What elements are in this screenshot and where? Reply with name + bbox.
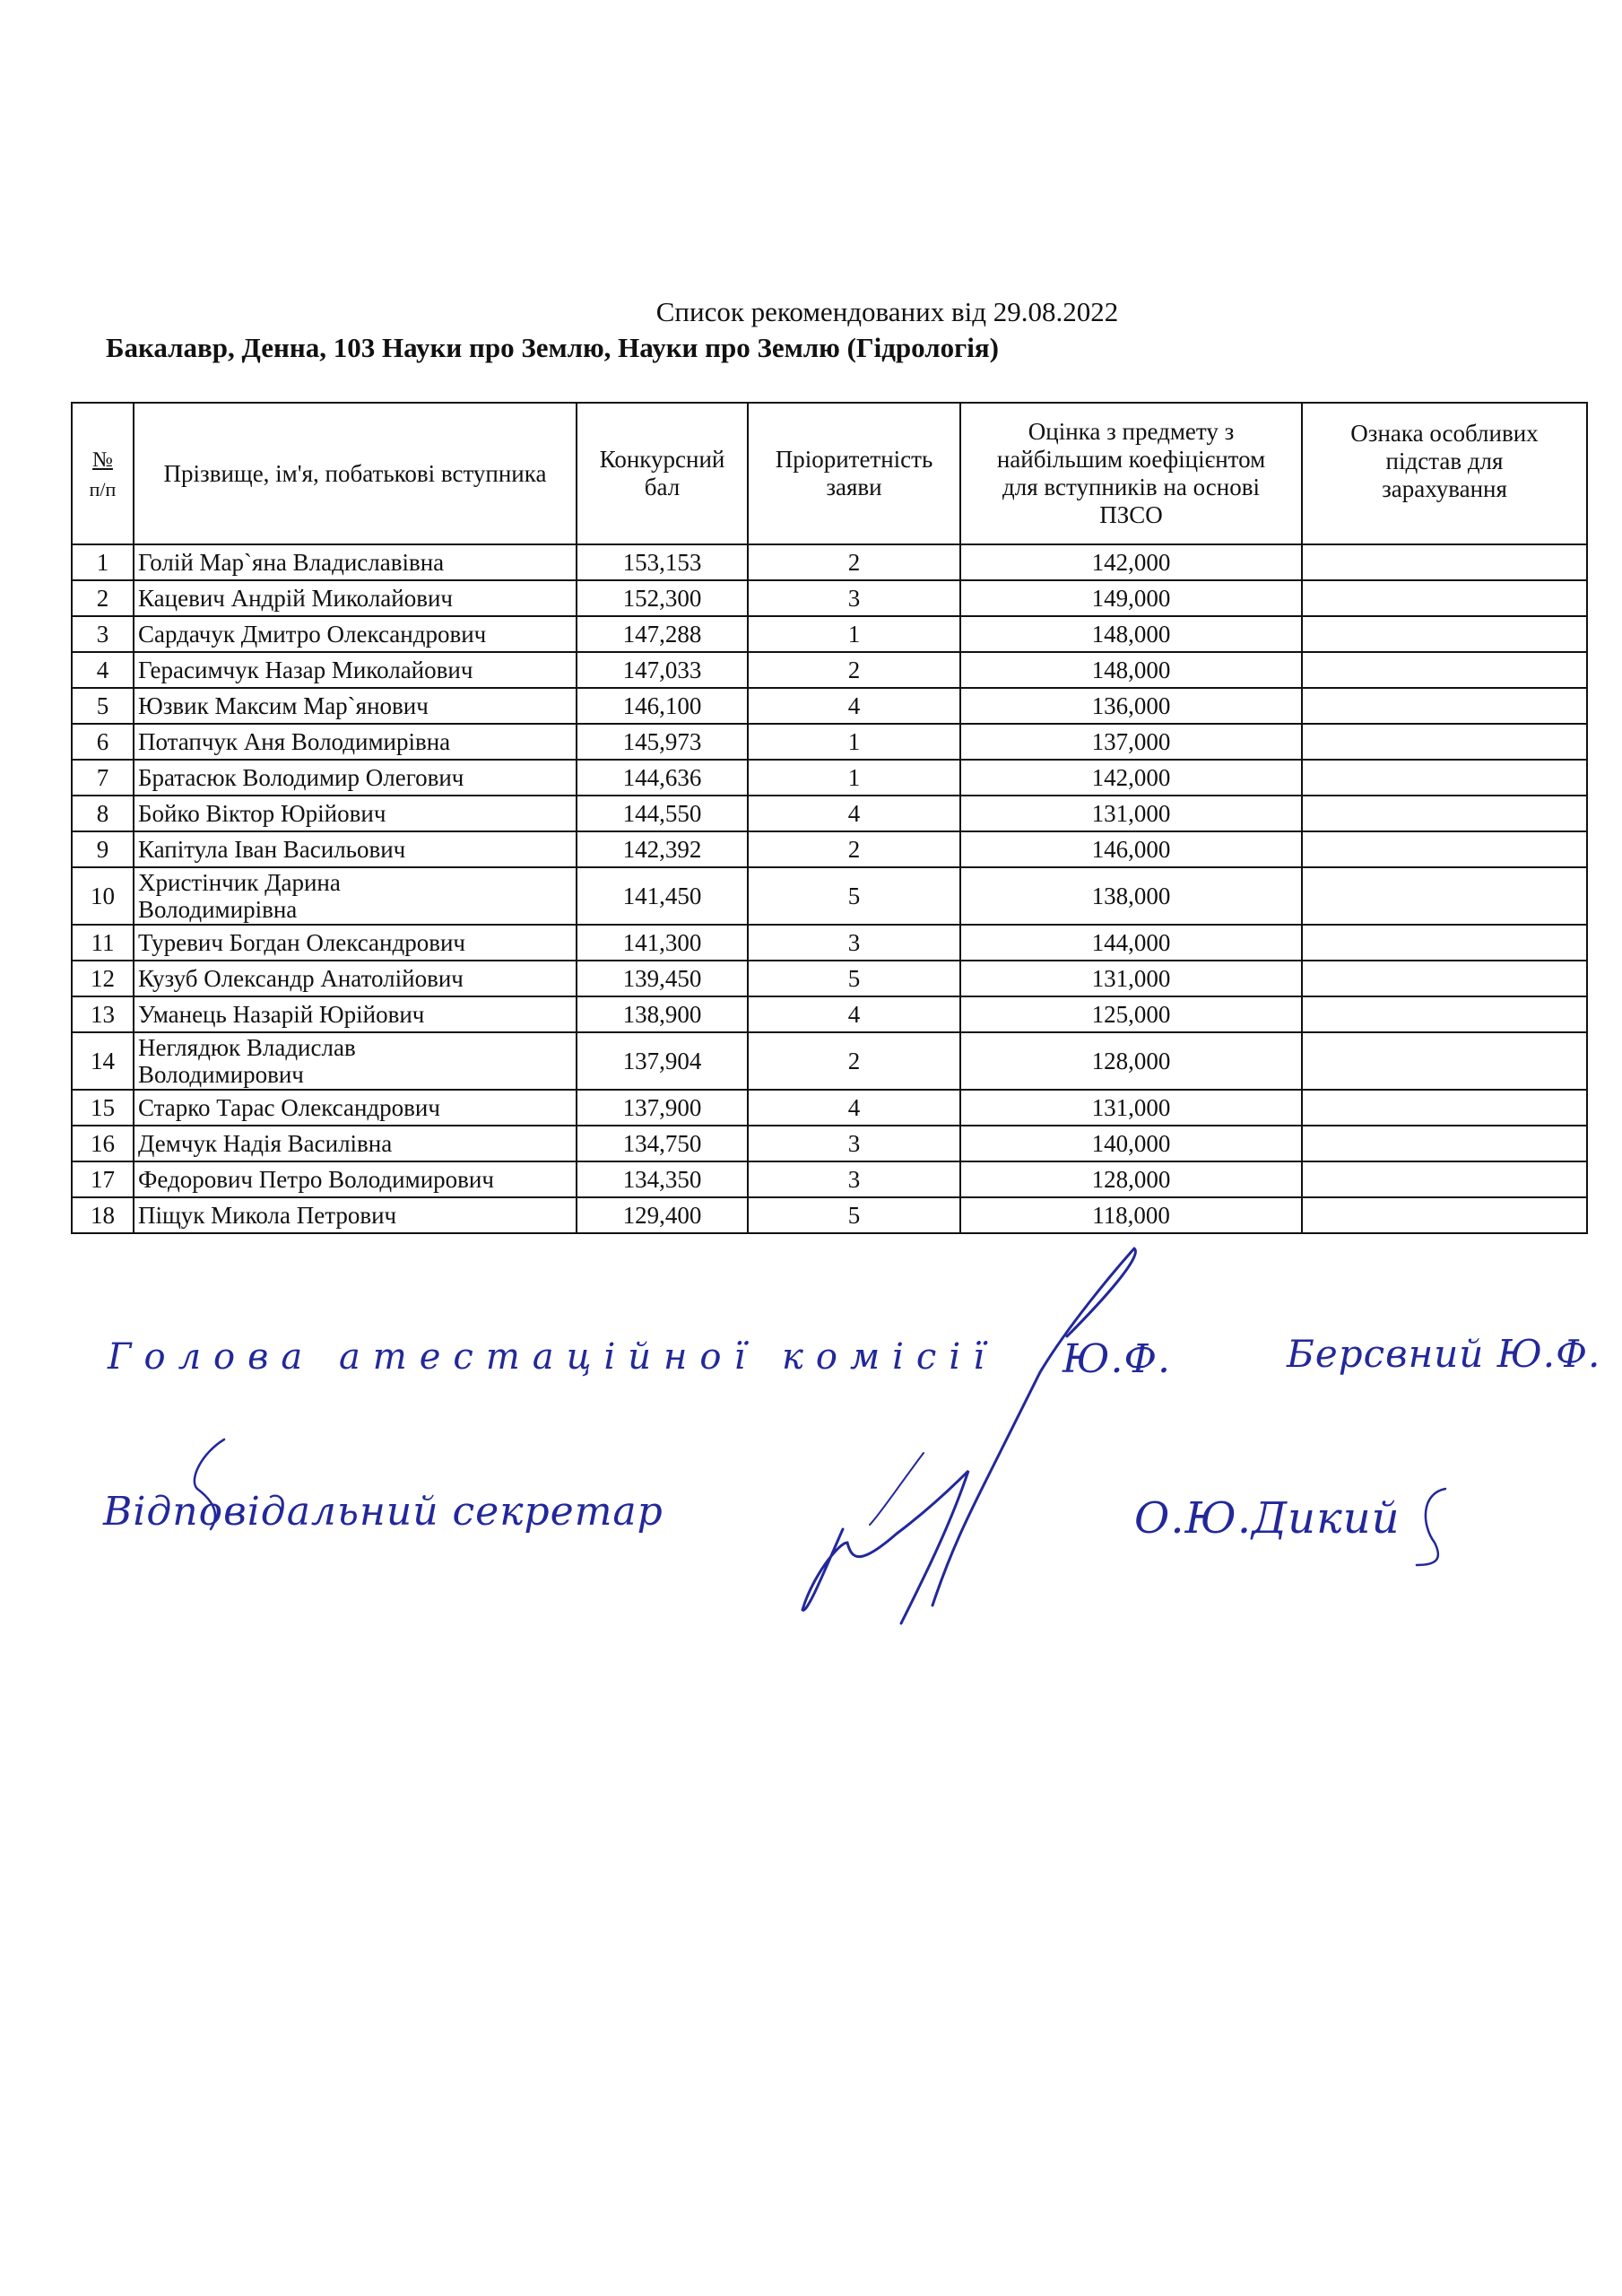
row-name: Братасюк Володимир Олегович bbox=[134, 760, 577, 796]
table-row: 14Неглядюк ВладиславВолодимирович137,904… bbox=[72, 1032, 1587, 1090]
table-row: 17Федорович Петро Володимирович134,35031… bbox=[72, 1161, 1587, 1197]
row-name: Сардачук Дмитро Олександрович bbox=[134, 616, 577, 652]
row-subject-score: 131,000 bbox=[960, 796, 1302, 831]
row-num: 13 bbox=[72, 996, 134, 1032]
row-num: 5 bbox=[72, 688, 134, 724]
row-score: 145,973 bbox=[577, 724, 748, 760]
row-priority: 2 bbox=[748, 652, 960, 688]
row-name: Піщук Микола Петрович bbox=[134, 1197, 577, 1233]
row-name: Капітула Іван Васильович bbox=[134, 831, 577, 867]
row-subject-score: 125,000 bbox=[960, 996, 1302, 1032]
row-special bbox=[1302, 1126, 1587, 1161]
header-subject-score: Оцінка з предмету з найбільшим коефіцієн… bbox=[960, 403, 1302, 544]
row-score: 134,750 bbox=[577, 1126, 748, 1161]
row-priority: 5 bbox=[748, 961, 960, 996]
chair-signature-icon bbox=[932, 1248, 1135, 1605]
table-row: 1Голій Мар`яна Владиславівна153,1532142,… bbox=[72, 544, 1587, 580]
row-score: 134,350 bbox=[577, 1161, 748, 1197]
row-num: 16 bbox=[72, 1126, 134, 1161]
row-special bbox=[1302, 867, 1587, 925]
table-row: 3Сардачук Дмитро Олександрович147,288114… bbox=[72, 616, 1587, 652]
row-name: Старко Тарас Олександрович bbox=[134, 1090, 577, 1126]
row-subject-score: 138,000 bbox=[960, 867, 1302, 925]
row-name: Кацевич Андрій Миколайович bbox=[134, 580, 577, 616]
row-special bbox=[1302, 796, 1587, 831]
table-row: 16Демчук Надія Василівна134,7503140,000 bbox=[72, 1126, 1587, 1161]
row-special bbox=[1302, 1032, 1587, 1090]
row-special bbox=[1302, 925, 1587, 961]
row-special bbox=[1302, 961, 1587, 996]
row-subject-score: 136,000 bbox=[960, 688, 1302, 724]
row-num: 2 bbox=[72, 580, 134, 616]
row-score: 138,900 bbox=[577, 996, 748, 1032]
row-subject-score: 148,000 bbox=[960, 616, 1302, 652]
row-score: 153,153 bbox=[577, 544, 748, 580]
row-name: Туревич Богдан Олександрович bbox=[134, 925, 577, 961]
row-priority: 2 bbox=[748, 831, 960, 867]
row-score: 142,392 bbox=[577, 831, 748, 867]
row-num: 3 bbox=[72, 616, 134, 652]
document-subtitle: Бакалавр, Денна, 103 Науки про Землю, На… bbox=[106, 332, 999, 364]
table-row: 7Братасюк Володимир Олегович144,6361142,… bbox=[72, 760, 1587, 796]
row-priority: 2 bbox=[748, 1032, 960, 1090]
row-subject-score: 148,000 bbox=[960, 652, 1302, 688]
row-score: 144,636 bbox=[577, 760, 748, 796]
row-subject-score: 149,000 bbox=[960, 580, 1302, 616]
header-name: Прізвище, ім'я, побатькові вступника bbox=[134, 403, 577, 544]
row-special bbox=[1302, 652, 1587, 688]
row-name: Неглядюк ВладиславВолодимирович bbox=[134, 1032, 577, 1090]
row-num: 12 bbox=[72, 961, 134, 996]
table-row: 15Старко Тарас Олександрович137,9004131,… bbox=[72, 1090, 1587, 1126]
chair-role-handwriting: Голова атестаційної комісії bbox=[108, 1336, 997, 1378]
table-row: 4Герасимчук Назар Миколайович147,0332148… bbox=[72, 652, 1587, 688]
row-priority: 1 bbox=[748, 616, 960, 652]
row-num: 18 bbox=[72, 1197, 134, 1233]
row-name: Бойко Віктор Юрійович bbox=[134, 796, 577, 831]
row-special bbox=[1302, 724, 1587, 760]
row-num: 15 bbox=[72, 1090, 134, 1126]
header-num-sub: п/п bbox=[90, 478, 117, 500]
row-score: 129,400 bbox=[577, 1197, 748, 1233]
row-num: 7 bbox=[72, 760, 134, 796]
row-subject-score: 140,000 bbox=[960, 1126, 1302, 1161]
header-priority: Пріоритетність заяви bbox=[748, 403, 960, 544]
secretary-signature-icon bbox=[802, 1471, 968, 1623]
row-special bbox=[1302, 580, 1587, 616]
row-name: Федорович Петро Володимирович bbox=[134, 1161, 577, 1197]
chair-name-handwriting: Берсвний Ю.Ф. bbox=[1287, 1332, 1600, 1376]
row-priority: 3 bbox=[748, 1161, 960, 1197]
row-priority: 3 bbox=[748, 925, 960, 961]
row-special bbox=[1302, 996, 1587, 1032]
row-score: 146,100 bbox=[577, 688, 748, 724]
row-subject-score: 118,000 bbox=[960, 1197, 1302, 1233]
row-score: 152,300 bbox=[577, 580, 748, 616]
row-num: 17 bbox=[72, 1161, 134, 1197]
row-subject-score: 142,000 bbox=[960, 544, 1302, 580]
row-special bbox=[1302, 544, 1587, 580]
row-score: 147,033 bbox=[577, 652, 748, 688]
row-priority: 5 bbox=[748, 1197, 960, 1233]
recommended-list-table: №п/п Прізвище, ім'я, побатькові вступник… bbox=[71, 402, 1588, 1234]
row-score: 137,900 bbox=[577, 1090, 748, 1126]
row-priority: 3 bbox=[748, 1126, 960, 1161]
table-header-row: №п/п Прізвище, ім'я, побатькові вступник… bbox=[72, 403, 1587, 544]
table-row: 10Христінчик ДаринаВолодимирівна141,4505… bbox=[72, 867, 1587, 925]
row-special bbox=[1302, 1161, 1587, 1197]
secretary-role-handwriting: Відповідальний секретар bbox=[103, 1489, 664, 1535]
row-subject-score: 146,000 bbox=[960, 831, 1302, 867]
row-subject-score: 131,000 bbox=[960, 1090, 1302, 1126]
row-priority: 1 bbox=[748, 724, 960, 760]
table-row: 11Туревич Богдан Олександрович141,300314… bbox=[72, 925, 1587, 961]
header-score: Конкурсний бал bbox=[577, 403, 748, 544]
row-name: Голій Мар`яна Владиславівна bbox=[134, 544, 577, 580]
table-row: 8Бойко Віктор Юрійович144,5504131,000 bbox=[72, 796, 1587, 831]
row-name: Христінчик ДаринаВолодимирівна bbox=[134, 867, 577, 925]
row-num: 9 bbox=[72, 831, 134, 867]
row-special bbox=[1302, 1090, 1587, 1126]
row-subject-score: 137,000 bbox=[960, 724, 1302, 760]
row-special bbox=[1302, 831, 1587, 867]
row-num: 8 bbox=[72, 796, 134, 831]
row-priority: 4 bbox=[748, 996, 960, 1032]
row-special bbox=[1302, 760, 1587, 796]
table-row: 18Піщук Микола Петрович129,4005118,000 bbox=[72, 1197, 1587, 1233]
row-special bbox=[1302, 688, 1587, 724]
table-row: 13Уманець Назарій Юрійович138,9004125,00… bbox=[72, 996, 1587, 1032]
row-score: 141,450 bbox=[577, 867, 748, 925]
row-subject-score: 144,000 bbox=[960, 925, 1302, 961]
row-score: 137,904 bbox=[577, 1032, 748, 1090]
row-priority: 3 bbox=[748, 580, 960, 616]
row-num: 4 bbox=[72, 652, 134, 688]
row-special bbox=[1302, 616, 1587, 652]
row-num: 14 bbox=[72, 1032, 134, 1090]
row-priority: 2 bbox=[748, 544, 960, 580]
row-name: Потапчук Аня Володимирівна bbox=[134, 724, 577, 760]
row-name: Герасимчук Назар Миколайович bbox=[134, 652, 577, 688]
table-body: 1Голій Мар`яна Владиславівна153,1532142,… bbox=[72, 544, 1587, 1233]
row-num: 1 bbox=[72, 544, 134, 580]
row-priority: 4 bbox=[748, 796, 960, 831]
row-subject-score: 128,000 bbox=[960, 1161, 1302, 1197]
table-row: 12Кузуб Олександр Анатолійович139,450513… bbox=[72, 961, 1587, 996]
row-name: Кузуб Олександр Анатолійович bbox=[134, 961, 577, 996]
row-priority: 4 bbox=[748, 688, 960, 724]
row-num: 11 bbox=[72, 925, 134, 961]
table-row: 2Кацевич Андрій Миколайович152,3003149,0… bbox=[72, 580, 1587, 616]
row-subject-score: 128,000 bbox=[960, 1032, 1302, 1090]
row-priority: 4 bbox=[748, 1090, 960, 1126]
row-score: 139,450 bbox=[577, 961, 748, 996]
row-name: Уманець Назарій Юрійович bbox=[134, 996, 577, 1032]
row-priority: 5 bbox=[748, 867, 960, 925]
document-title: Список рекомендованих від 29.08.2022 bbox=[76, 296, 1622, 328]
chair-initials-handwriting: Ю.Ф. bbox=[1063, 1336, 1171, 1382]
row-num: 6 bbox=[72, 724, 134, 760]
row-special bbox=[1302, 1197, 1587, 1233]
table-row: 9Капітула Іван Васильович142,3922146,000 bbox=[72, 831, 1587, 867]
row-name: Демчук Надія Василівна bbox=[134, 1126, 577, 1161]
table-row: 6Потапчук Аня Володимирівна145,9731137,0… bbox=[72, 724, 1587, 760]
header-special: Ознака особливих підстав для зарахування bbox=[1302, 403, 1587, 544]
row-num: 10 bbox=[72, 867, 134, 925]
row-score: 141,300 bbox=[577, 925, 748, 961]
row-score: 147,288 bbox=[577, 616, 748, 652]
table-row: 5Юзвик Максим Мар`янович146,1004136,000 bbox=[72, 688, 1587, 724]
row-score: 144,550 bbox=[577, 796, 748, 831]
row-subject-score: 131,000 bbox=[960, 961, 1302, 996]
secretary-name-handwriting: О.Ю.Дикий bbox=[1134, 1493, 1401, 1544]
header-num: №п/п bbox=[72, 403, 134, 544]
row-subject-score: 142,000 bbox=[960, 760, 1302, 796]
row-priority: 1 bbox=[748, 760, 960, 796]
row-name: Юзвик Максим Мар`янович bbox=[134, 688, 577, 724]
